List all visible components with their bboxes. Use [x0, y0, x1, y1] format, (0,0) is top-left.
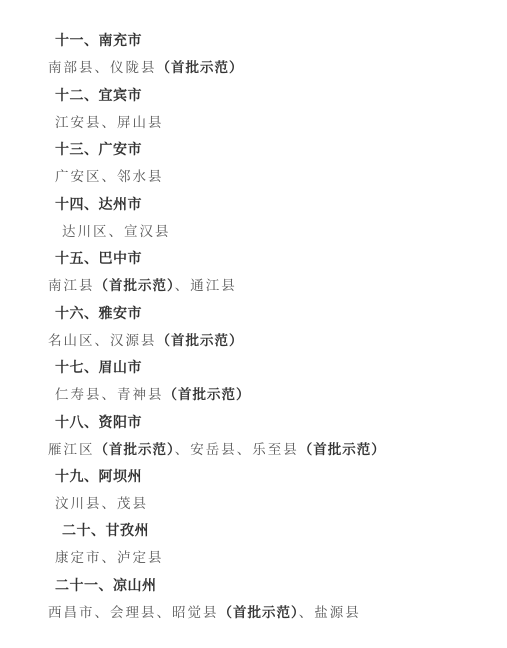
section-heading: 十四、达州市 [55, 196, 142, 214]
county-list-text: 、安岳县、乐至县 [175, 442, 299, 458]
section-content: 达川区、宣汉县 [62, 223, 171, 241]
demo-badge-text: （首批示范） [164, 387, 251, 403]
section-content: 南部县、仪陇县（首批示范） [48, 59, 244, 77]
demo-badge-text: （首批示范） [219, 605, 299, 621]
section-content: 广安区、邻水县 [55, 168, 164, 186]
section-heading: 十二、宜宾市 [55, 87, 142, 105]
demo-badge-text: （首批示范） [157, 333, 244, 349]
demo-badge-text: （首批示范） [95, 442, 175, 458]
section-heading: 十三、广安市 [55, 141, 142, 159]
demo-badge-text: （首批示范） [95, 278, 175, 294]
section-heading: 二十一、凉山州 [55, 577, 157, 595]
section-content: 西昌市、会理县、昭觉县（首批示范）、盐源县 [48, 604, 361, 622]
section-heading: 十六、雅安市 [55, 305, 142, 323]
section-heading: 十九、阿坝州 [55, 468, 142, 486]
county-list-text: 名山区、汉源县 [48, 333, 157, 349]
section-heading: 十五、巴中市 [55, 250, 142, 268]
section-heading: 十七、眉山市 [55, 359, 142, 377]
county-list-text: 康定市、泸定县 [55, 550, 164, 566]
county-list-text: 仁寿县、青神县 [55, 387, 164, 403]
county-list-text: 南江县 [48, 278, 95, 294]
section-content: 南江县（首批示范）、通江县 [48, 277, 237, 295]
county-list-text: 江安县、屏山县 [55, 115, 164, 131]
section-content: 江安县、屏山县 [55, 114, 164, 132]
county-list-text: 达川区、宣汉县 [62, 224, 171, 240]
demo-badge-text: （首批示范） [157, 60, 244, 76]
section-content: 仁寿县、青神县（首批示范） [55, 386, 251, 404]
county-list-text: 雁江区 [48, 442, 95, 458]
section-content: 名山区、汉源县（首批示范） [48, 332, 244, 350]
section-content: 康定市、泸定县 [55, 549, 164, 567]
section-content: 汶川县、茂县 [55, 495, 148, 513]
county-list-text: 广安区、邻水县 [55, 169, 164, 185]
section-heading: 二十、甘孜州 [62, 522, 149, 540]
county-list-text: 、盐源县 [299, 605, 361, 621]
county-list-text: 汶川县、茂县 [55, 496, 148, 512]
section-heading: 十八、资阳市 [55, 414, 142, 432]
county-list-text: 南部县、仪陇县 [48, 60, 157, 76]
demo-badge-text: （首批示范） [299, 442, 386, 458]
county-list-text: 、通江县 [175, 278, 237, 294]
section-content: 雁江区（首批示范）、安岳县、乐至县（首批示范） [48, 441, 386, 459]
section-heading: 十一、南充市 [55, 32, 142, 50]
county-list-text: 西昌市、会理县、昭觉县 [48, 605, 219, 621]
